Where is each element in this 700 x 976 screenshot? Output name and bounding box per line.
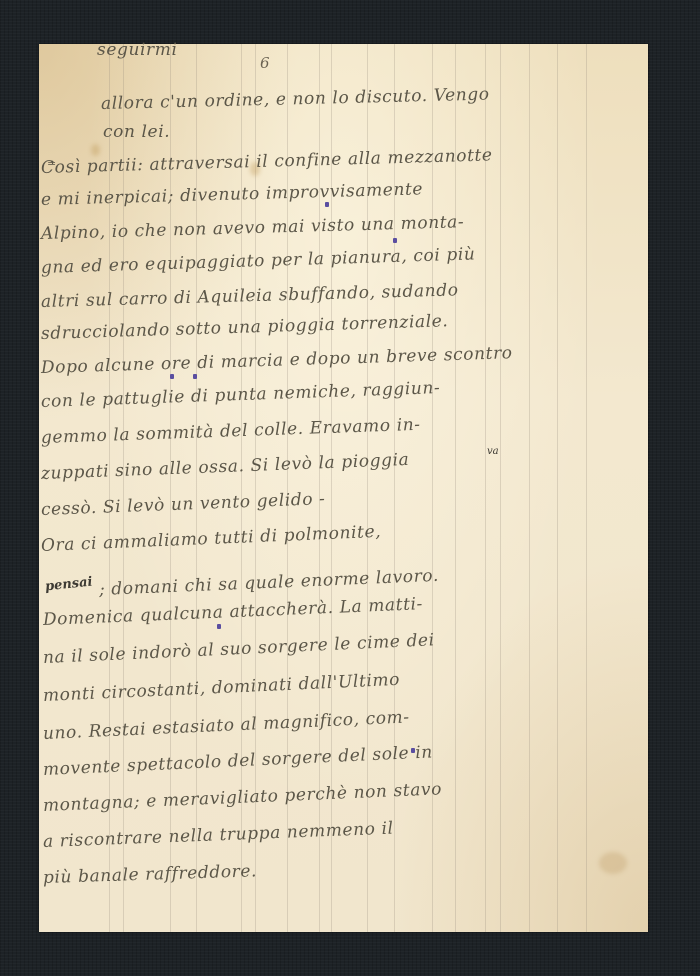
- text-line-13: cessò. Si levò un vento gelido -: [41, 489, 326, 520]
- ink-mark: [325, 202, 329, 207]
- text-line-14: Ora ci ammaliamo tutti di polmonite,: [41, 522, 382, 556]
- text-line-10: con le pattuglie di punta nemiche, raggi…: [41, 378, 441, 412]
- text-line-18: monti circostanti, dominati dall'Ultimo: [43, 670, 401, 706]
- ink-mark: [217, 624, 221, 629]
- text-line-6: gna ed ero equipaggiato per la pianura, …: [41, 244, 476, 278]
- text-line-21: montagna; e meravigliato perchè non stav…: [43, 779, 443, 816]
- ink-mark: [393, 238, 397, 243]
- text-line-4: e mi inerpicai; divenuto improvvisamente: [41, 179, 424, 210]
- ink-mark: [411, 748, 415, 753]
- ink-mark: [193, 374, 197, 379]
- ink-mark: [170, 374, 174, 379]
- text-line-2: con lei.: [103, 122, 170, 142]
- text-line-19: uno. Restai estasiato al magnifico, com-: [43, 707, 410, 744]
- text-line-3: Così partii: attraversai il confine alla…: [41, 145, 493, 178]
- text-line-23: più banale raffreddore.: [43, 861, 258, 888]
- manuscript-page: 6 = pensai seguirmi allora c'un ordine, …: [39, 44, 648, 932]
- text-line-5: Alpino, io che non avevo mai visto una m…: [41, 212, 465, 244]
- text-line-1: allora c'un ordine, e non lo discuto. Ve…: [101, 85, 490, 114]
- text-line-20: movente spettacolo del sorgere del sole …: [43, 742, 434, 780]
- text-line-22: a riscontrare nella truppa nemmeno il: [43, 819, 394, 852]
- text-line-17: na il sole indorò al suo sorgere le cime…: [43, 630, 436, 668]
- text-line-9: Dopo alcune ore di marcia e dopo un brev…: [41, 343, 513, 378]
- text-line-8: sdrucciolando sotto una pioggia torrenzi…: [41, 311, 449, 344]
- handwritten-text: seguirmi allora c'un ordine, e non lo di…: [39, 44, 648, 932]
- text-line-12: zuppati sino alle ossa. Si levò la piogg…: [41, 450, 410, 484]
- text-line-11: gemmo la sommità del colle. Eravamo in-: [41, 415, 421, 448]
- inserted-correction: va: [487, 446, 499, 457]
- text-line-0: seguirmi: [97, 40, 178, 60]
- text-line-7: altri sul carro di Aquileia sbuffando, s…: [41, 280, 459, 312]
